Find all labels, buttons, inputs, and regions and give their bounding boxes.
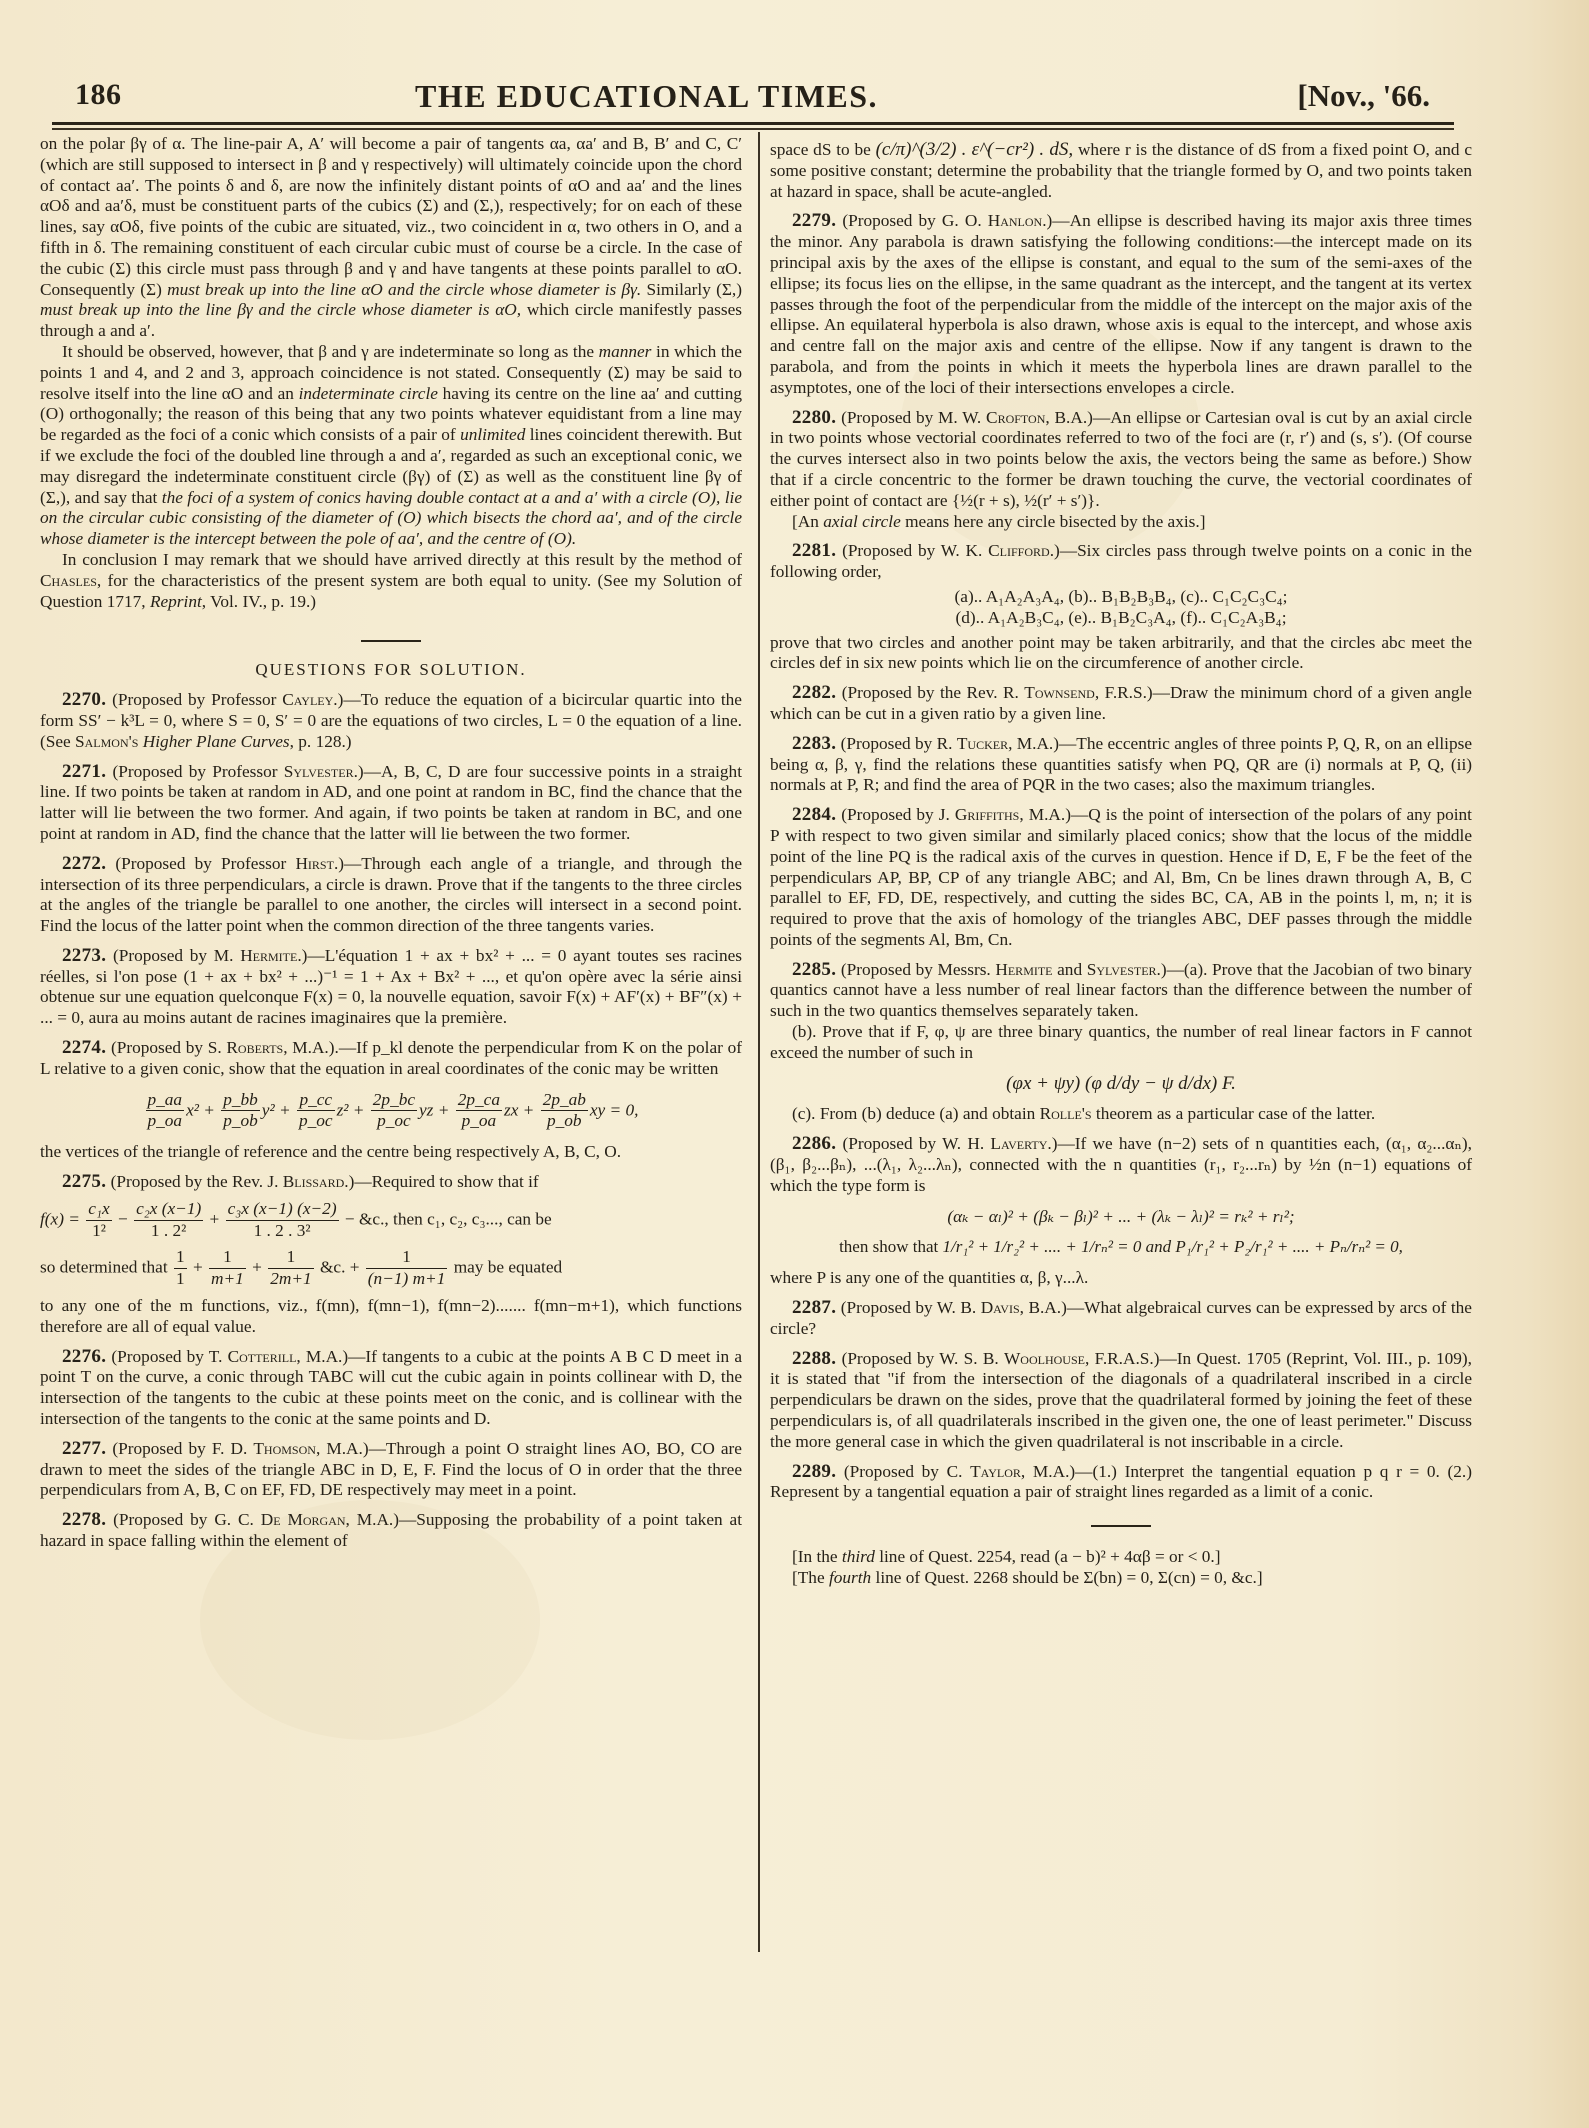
question-2285: 2285. (Proposed by Messrs. Hermite and S… <box>770 960 1472 1022</box>
reciprocal-sum-formula: then show that 1/r₁² + 1/r₂² + .... + 1/… <box>770 1237 1472 1258</box>
column-divider <box>758 132 760 1952</box>
question-2277: 2277. (Proposed by F. D. Thomson, M.A.)—… <box>40 1439 742 1501</box>
question-2278: 2278. (Proposed by G. C. De Morgan, M.A.… <box>40 1510 742 1552</box>
series-formula: f(x) = c₁x1² − c₂x (x−1)1 . 2² + c₃x (x−… <box>40 1199 742 1242</box>
question-2283: 2283. (Proposed by R. Tucker, M.A.)—The … <box>770 734 1472 796</box>
type-form-formula: (αₖ − αₗ)² + (βₖ − βₗ)² + ... + (λₖ − λₗ… <box>770 1207 1472 1228</box>
question-2271: 2271. (Proposed by Professor Sylvester.)… <box>40 762 742 845</box>
paragraph-conclusion: In conclusion I may remark that we shoul… <box>40 550 742 612</box>
correction-2268: [The fourth line of Quest. 2268 should b… <box>770 1568 1472 1589</box>
question-2285-part-c: (c). From (b) deduce (a) and obtain Roll… <box>770 1104 1472 1125</box>
harmonic-formula: so determined that 11 + 1m+1 + 12m+1 &c.… <box>40 1247 742 1290</box>
paragraph-indeterminate: It should be observed, however, that β a… <box>40 342 742 550</box>
question-2287: 2287. (Proposed by W. B. Davis, B.A.)—Wh… <box>770 1298 1472 1340</box>
question-2286: 2286. (Proposed by W. H. Laverty.)—If we… <box>770 1134 1472 1196</box>
header-rule <box>52 128 1454 130</box>
question-2281-tail: prove that two circles and another point… <box>770 633 1472 675</box>
question-2281: 2281. (Proposed by W. K. Clifford.)—Six … <box>770 541 1472 583</box>
conic-equation-formula: p_aap_oax² + p_bbp_oby² + p_ccp_ocz² + 2… <box>40 1090 742 1133</box>
question-2289: 2289. (Proposed by C. Taylor, M.A.)—(1.)… <box>770 1462 1472 1504</box>
correction-2254: [In the third line of Quest. 2254, read … <box>770 1547 1472 1568</box>
question-2285-part-b: (b). Prove that if F, φ, ψ are three bin… <box>770 1022 1472 1064</box>
header-rule <box>52 122 1454 125</box>
masthead-title: THE EDUCATIONAL TIMES. <box>415 78 878 115</box>
question-2279: 2279. (Proposed by G. O. Hanlon.)—An ell… <box>770 211 1472 398</box>
right-column: space dS to be (c/π)^(3/2) . ε^(−cr²) . … <box>770 134 1472 1589</box>
axial-circle-note: [An axial circle means here any circle b… <box>770 512 1472 533</box>
question-2274: 2274. (Proposed by S. Roberts, M.A.).—If… <box>40 1038 742 1080</box>
question-2274-tail: the vertices of the triangle of referenc… <box>40 1142 742 1163</box>
page-number: 186 <box>75 78 122 112</box>
page-header: 186 THE EDUCATIONAL TIMES. [Nov., '66. <box>50 78 1450 128</box>
left-column: on the polar βγ of α. The line-pair A, A… <box>40 134 742 1552</box>
question-2270: 2270. (Proposed by Professor Cayley.)—To… <box>40 690 742 752</box>
newspaper-page: 186 THE EDUCATIONAL TIMES. [Nov., '66. o… <box>0 0 1589 2128</box>
question-2288: 2288. (Proposed by W. S. B. Woolhouse, F… <box>770 1349 1472 1453</box>
operator-formula: (φx + ψy) (φ d/dy − ψ d/dx) F. <box>770 1074 1472 1095</box>
question-2275: 2275. (Proposed by the Rev. J. Blissard.… <box>40 1172 742 1193</box>
question-2272: 2272. (Proposed by Professor Hirst.)—Thr… <box>40 854 742 937</box>
question-2284: 2284. (Proposed by J. Griffiths, M.A.)—Q… <box>770 805 1472 951</box>
issue-date: [Nov., '66. <box>1297 78 1430 114</box>
question-2282: 2282. (Proposed by the Rev. R. Townsend,… <box>770 683 1472 725</box>
corrections-rule <box>1091 1525 1151 1527</box>
question-2278-continued: space dS to be (c/π)^(3/2) . ε^(−cr²) . … <box>770 140 1472 202</box>
circle-order-row: (d).. A₁A₂B₃C₄, (e).. B₁B₂C₃A₄, (f).. C₁… <box>770 608 1472 629</box>
continued-paragraph: on the polar βγ of α. The line-pair A, A… <box>40 134 742 342</box>
question-2273: 2273. (Proposed by M. Hermite.)—L'équati… <box>40 946 742 1029</box>
question-2280: 2280. (Proposed by M. W. Crofton, B.A.)—… <box>770 408 1472 512</box>
question-2276: 2276. (Proposed by T. Cotterill, M.A.)—I… <box>40 1347 742 1430</box>
section-title: QUESTIONS FOR SOLUTION. <box>40 660 742 681</box>
question-2275-tail: to any one of the m functions, viz., f(m… <box>40 1296 742 1338</box>
circle-order-row: (a).. A₁A₂A₃A₄, (b).. B₁B₂B₃B₄, (c).. C₁… <box>770 587 1472 608</box>
section-rule <box>361 640 421 642</box>
question-2286-tail: where P is any one of the quantities α, … <box>770 1268 1472 1289</box>
